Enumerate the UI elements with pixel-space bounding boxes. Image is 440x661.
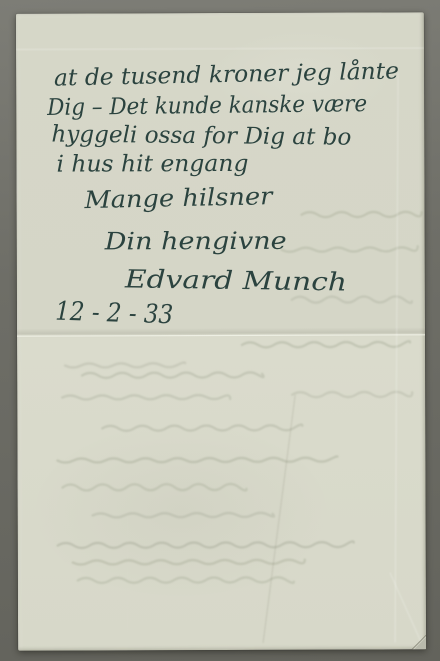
ghost-line [62, 395, 230, 400]
letter-paper: at de tusend kroner jeg lånte Dig – Det … [16, 12, 426, 650]
ghost-line [292, 296, 412, 303]
ghost-line [57, 456, 337, 462]
ghost-line [302, 212, 422, 217]
ghost-line [82, 372, 263, 378]
paper-streak [16, 47, 424, 50]
ghost-line [73, 560, 305, 565]
ghost-line [58, 541, 354, 548]
handwriting: at de tusend kroner jeg lånte Dig – Det … [46, 57, 400, 330]
ghost-line [242, 341, 410, 347]
crease-line [393, 72, 400, 642]
fold-crease [17, 327, 425, 336]
ghost-line [63, 484, 247, 491]
letter-line-1: at de tusend kroner jeg lånte [54, 57, 399, 91]
letter-line-4: i hus hit engang [56, 151, 248, 178]
ghost-line [102, 425, 302, 431]
crease-line [262, 395, 296, 643]
letter-line-3: hyggeli ossa for Dig at bo [51, 121, 351, 150]
letter-line-2: Dig – Det kunde kanske være [46, 91, 367, 121]
letter-signature: Edvard Munch [124, 264, 348, 296]
ghost-line [93, 513, 274, 518]
photo-background: at de tusend kroner jeg lånte Dig – Det … [0, 0, 440, 661]
letter-valediction: Din hengivne [104, 227, 287, 256]
letter-closing: Mange hilsner [83, 182, 274, 214]
ghost-line [65, 362, 185, 367]
letter-artwork: at de tusend kroner jeg lånte Dig – Det … [16, 12, 426, 650]
ghost-line [78, 577, 294, 583]
ghost-line [292, 392, 412, 397]
letter-date: 12 - 2 - 33 [55, 297, 174, 331]
